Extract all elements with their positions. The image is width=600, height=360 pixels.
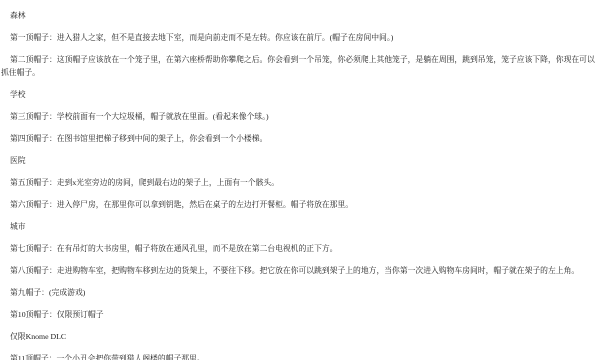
guide-section: 医院第五顶帽子：走到x光室旁边的房间，爬到最右边的架子上，上面有一个骸头。第六顶… <box>1 154 598 211</box>
hat-instruction: 第四顶帽子：在图书馆里把梯子移到中间的架子上，你会看到一个小楼梯。 <box>1 132 598 145</box>
hat-instruction: 第10顶帽子：仅限预订帽子 <box>1 308 598 321</box>
section-heading: 医院 <box>1 154 598 167</box>
hat-instruction: 第六顶帽子：进入停尸房，在那里你可以拿到钥匙，然后在桌子的左边打开餐柜。帽子将放… <box>1 198 598 211</box>
section-heading: 城市 <box>1 220 598 233</box>
hat-instruction: 第三顶帽子：学校前面有一个大垃圾桶，帽子就放在里面。(看起来像个球。) <box>1 110 598 123</box>
section-heading: 学校 <box>1 88 598 101</box>
hat-instruction: 第五顶帽子：走到x光室旁边的房间，爬到最右边的架子上，上面有一个骸头。 <box>1 176 598 189</box>
guide-section: 城市第七顶帽子：在有吊灯的大书房里，帽子将放在通风孔里，而不是放在第二台电视机的… <box>1 220 598 321</box>
section-heading: 森林 <box>1 9 598 22</box>
guide-section: 仅限Knome DLC第11顶帽子：一个小丑会把你带到猎人阁楼的帽子那里。 <box>1 330 598 360</box>
hat-instruction: 第11顶帽子：一个小丑会把你带到猎人阁楼的帽子那里。 <box>1 352 598 360</box>
document-body: 森林第一顶帽子：进入猎人之家，但不是直接去地下室，而是向前走而不是左转。你应该在… <box>0 0 600 360</box>
section-heading: 仅限Knome DLC <box>1 330 598 343</box>
hat-instruction: 第九帽子：(完成游戏) <box>1 286 598 299</box>
hat-instruction: 第七顶帽子：在有吊灯的大书房里，帽子将放在通风孔里，而不是放在第二台电视机的正下… <box>1 242 598 255</box>
hat-instruction: 第一顶帽子：进入猎人之家，但不是直接去地下室，而是向前走而不是左转。你应该在前厅… <box>1 31 598 44</box>
hat-instruction: 第二顶帽子：这顶帽子应该放在一个笼子里，在第六座桥帮助你攀爬之后。你会看到一个吊… <box>1 53 598 79</box>
hat-instruction: 第八顶帽子：走进购物车室，把购物车移到左边的货架上，不要往下移。把它放在你可以跳… <box>1 264 598 277</box>
guide-section: 学校第三顶帽子：学校前面有一个大垃圾桶，帽子就放在里面。(看起来像个球。)第四顶… <box>1 88 598 145</box>
guide-section: 森林第一顶帽子：进入猎人之家，但不是直接去地下室，而是向前走而不是左转。你应该在… <box>1 9 598 79</box>
